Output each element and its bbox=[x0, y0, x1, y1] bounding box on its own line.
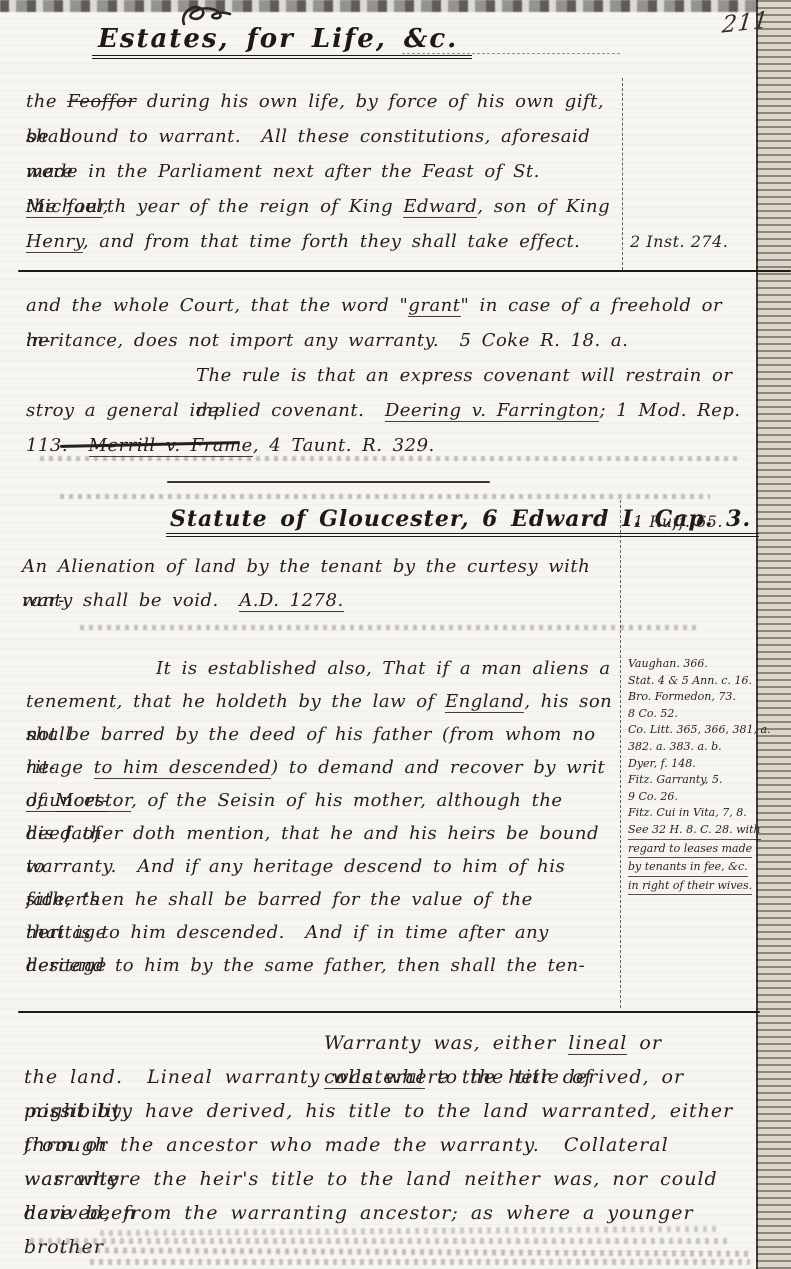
handwritten-line: derived, from the warranting ancestor; a… bbox=[24, 1196, 757, 1230]
scan-gutter-band-right bbox=[756, 0, 791, 1269]
text-segment: dauncestor bbox=[26, 790, 131, 812]
text-segment: heritance, does not import any warranty.… bbox=[26, 330, 628, 351]
handwritten-line: ritage to him descended) to demand and r… bbox=[26, 751, 614, 784]
text-segment: ranty shall be void. bbox=[22, 590, 239, 611]
bleedthrough-texture bbox=[40, 456, 740, 461]
margin-note: 9 Co. 26. bbox=[628, 789, 755, 806]
margin-note: regard to leases made bbox=[628, 841, 752, 859]
handwritten-line: Henry, and from that time forth they sha… bbox=[26, 224, 618, 259]
text-segment: , son of King bbox=[477, 196, 610, 217]
text-segment: ; 1 Mod. Rep. bbox=[599, 400, 740, 421]
bleedthrough-texture bbox=[80, 625, 700, 630]
text-segment: the fourth year of the reign of King bbox=[26, 196, 403, 217]
handwritten-line: be bound to warrant. All these constitut… bbox=[26, 119, 618, 154]
text-segment: Deering v. Farrington bbox=[385, 400, 600, 422]
margin-note: Dyer, f. 148. bbox=[628, 756, 755, 773]
handwritten-line: It is established also, That if a man al… bbox=[26, 652, 614, 685]
margin-note: by tenants in fee, &c. bbox=[628, 859, 748, 877]
handwritten-line: heritance, does not import any warranty.… bbox=[26, 323, 753, 358]
scan-edge-smudge-top bbox=[0, 0, 791, 12]
margin-note: Fitz. Cui in Vita, 7, 8. bbox=[628, 805, 755, 822]
text-segment: lineal bbox=[568, 1032, 627, 1055]
handwritten-line: the fourth year of the reign of King Edw… bbox=[26, 189, 618, 224]
margin-note-1-ruff-65: 1 Ruff. 65. bbox=[633, 512, 753, 531]
section-divider-1 bbox=[18, 270, 791, 272]
text-segment: Feoffor bbox=[67, 91, 136, 112]
margin-note: Fitz. Garranty, 5. bbox=[628, 772, 755, 789]
bleedthrough-texture bbox=[60, 1247, 750, 1257]
text-segment: ritage bbox=[26, 757, 94, 778]
citation-margin-notes: Vaughan. 366.Stat. 4 & 5 Ann. c. 16.Bro.… bbox=[628, 656, 755, 896]
text-segment: , and from that time forth they shall ta… bbox=[83, 231, 581, 252]
margin-note: Vaughan. 366. bbox=[628, 656, 755, 673]
margin-note: Stat. 4 & 5 Ann. c. 16. bbox=[628, 673, 755, 690]
text-segment: to him descended bbox=[94, 757, 271, 779]
text-segment: England bbox=[445, 691, 524, 713]
handwritten-line: dauncestor, of the Seisin of his mother,… bbox=[26, 784, 614, 817]
section-divider-2 bbox=[18, 1011, 760, 1013]
margin-note: Co. Litt. 365, 366, 381, a. bbox=[628, 722, 755, 739]
margin-rule-dashed-top bbox=[622, 78, 623, 270]
handwritten-line: the land. Lineal warranty was where the … bbox=[24, 1060, 757, 1094]
handwritten-line: tenement, that he holdeth by the law of … bbox=[26, 685, 614, 718]
text-segment: and the whole Court, that the word " bbox=[26, 295, 408, 316]
margin-note-2-inst-274: 2 Inst. 274. bbox=[630, 232, 752, 251]
margin-note: in right of their wives. bbox=[628, 878, 752, 896]
handwritten-line: made in the Parliament next after the Fe… bbox=[26, 154, 618, 189]
handwritten-line: ranty shall be void. A.D. 1278. bbox=[22, 584, 622, 618]
text-segment: A.D. 1278. bbox=[239, 590, 343, 612]
text-segment: grant bbox=[408, 295, 460, 317]
handwritten-line: not be barred by the deed of his father … bbox=[26, 718, 614, 751]
handwritten-line: Warranty was, either lineal or collatera… bbox=[24, 1026, 757, 1060]
handwritten-line: that is to him descended. And if in time… bbox=[26, 916, 614, 949]
handwritten-line: side, then he shall be barred for the va… bbox=[26, 883, 614, 916]
handwritten-line: was where the heir's title to the land n… bbox=[24, 1162, 757, 1196]
text-segment: or bbox=[627, 1032, 674, 1054]
handwritten-line: and the whole Court, that the word "gran… bbox=[26, 288, 753, 323]
handwritten-line: possibility have derived, his title to t… bbox=[24, 1094, 757, 1128]
manuscript-page: Estates, for Life, &c. 211 the Feoffor d… bbox=[0, 0, 791, 1269]
paragraph-grant-warranty: and the whole Court, that the word "gran… bbox=[26, 288, 753, 463]
text-segment: descend to him by the same father, then … bbox=[26, 955, 585, 976]
text-segment: tenement, that he holdeth by the law of bbox=[26, 691, 445, 712]
margin-note: Bro. Formedon, 73. bbox=[628, 689, 755, 706]
section-divider-partial bbox=[167, 481, 490, 483]
bleedthrough-texture bbox=[30, 1238, 730, 1244]
handwritten-line: warranty. And if any heritage descend to… bbox=[26, 850, 614, 883]
handwritten-line: An Alienation of land by the tenant by t… bbox=[22, 550, 622, 584]
text-segment: , 4 Taunt. R. 329. bbox=[253, 435, 435, 456]
text-segment: It is established also, That if a man al… bbox=[156, 658, 611, 679]
handwritten-line: stroy a general implied covenant. Deerin… bbox=[26, 393, 753, 428]
text-segment: the bbox=[26, 91, 67, 112]
title-trailing-rule bbox=[402, 53, 620, 54]
bleedthrough-texture bbox=[90, 1259, 750, 1265]
page-number: 211 bbox=[721, 7, 770, 38]
text-segment: Henry bbox=[26, 231, 83, 253]
margin-note: 8 Co. 52. bbox=[628, 706, 755, 723]
paragraph-warranty-lineal-collateral: Warranty was, either lineal or collatera… bbox=[24, 1026, 757, 1230]
handwritten-line: his father doth mention, that he and his… bbox=[26, 817, 614, 850]
handwritten-line: The rule is that an express covenant wil… bbox=[26, 358, 753, 393]
paragraph-constitutions: the Feoffor during his own life, by forc… bbox=[26, 84, 618, 259]
margin-rule-dashed-main bbox=[620, 500, 621, 1008]
paragraph-mortdauncestor: It is established also, That if a man al… bbox=[26, 652, 614, 982]
bleedthrough-texture bbox=[60, 494, 710, 499]
handwritten-line: descend to him by the same father, then … bbox=[26, 949, 614, 982]
margin-note: See 32 H. 8. C. 28. with bbox=[628, 822, 761, 840]
text-segment: stroy a general implied covenant. bbox=[26, 400, 385, 421]
handwritten-line: through the ancestor who made the warran… bbox=[24, 1128, 757, 1162]
paragraph-alienation: An Alienation of land by the tenant by t… bbox=[22, 550, 622, 618]
margin-note: 382. a. 383. a. b. bbox=[628, 739, 755, 756]
text-segment: Warranty was, either bbox=[324, 1032, 568, 1054]
text-segment: Edward bbox=[403, 196, 477, 218]
handwritten-line: the Feoffor during his own life, by forc… bbox=[26, 84, 618, 119]
text-segment: made in the Parliament next after the Fe… bbox=[26, 161, 550, 182]
